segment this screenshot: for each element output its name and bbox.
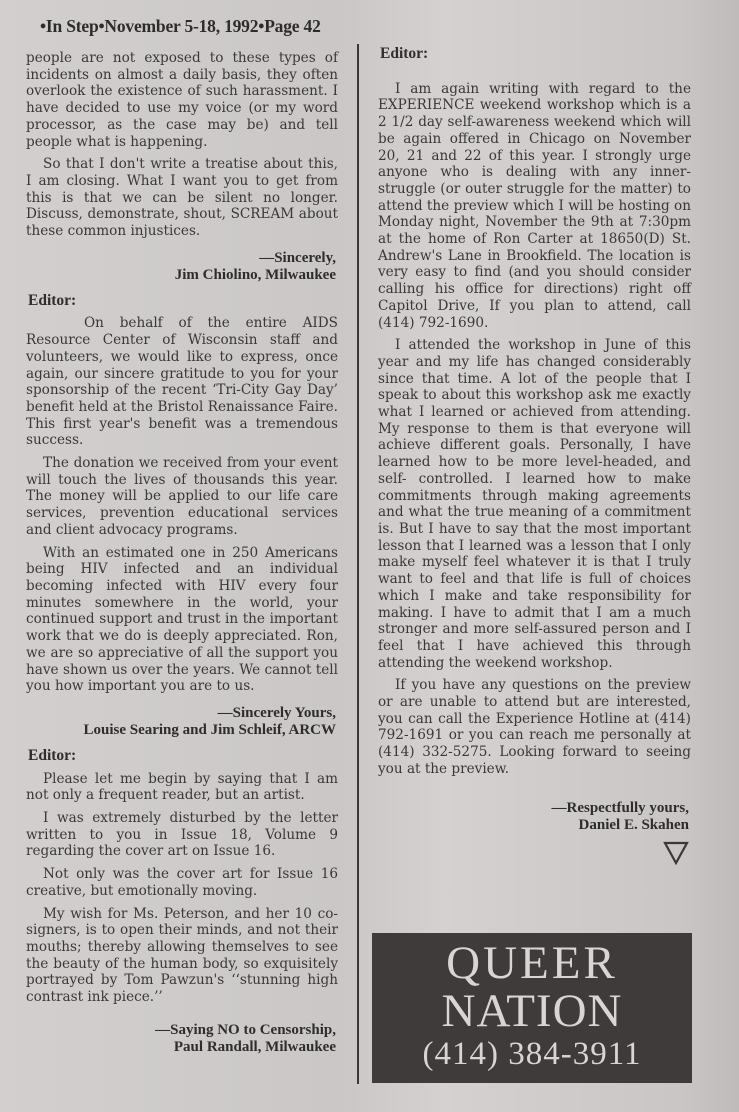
signer: Jim Chiolino, Milwaukee (26, 267, 336, 285)
ad-line-nation: NATION (372, 987, 692, 1035)
ad-phone: (414) 384-3911 (372, 1035, 692, 1073)
letter-skahen: Editor: I am again writing with regard t… (378, 46, 691, 869)
paragraph: So that I don't write a treatise about t… (26, 156, 338, 240)
paragraph: I am again writing with regard to the EX… (378, 81, 691, 332)
paragraph: Not only was the cover art for Issue 16 … (26, 866, 338, 899)
paragraph: My wish for Ms. Peterson, and her 10 co-… (26, 906, 338, 1006)
signature: —Sincerely Yours, Louise Searing and Jim… (26, 705, 336, 740)
queer-nation-ad: QUEER NATION (414) 384-3911 (372, 933, 692, 1083)
paragraph: people are not exposed to these types of… (26, 50, 338, 150)
paragraph: If you have any questions on the preview… (378, 677, 691, 777)
masthead: •In Step•November 5-18, 1992•Page 42 (40, 16, 340, 37)
right-column: Editor: I am again writing with regard t… (378, 46, 691, 869)
signer: Daniel E. Skahen (378, 817, 689, 835)
paragraph: With an estimated one in 250 Americans b… (26, 545, 338, 695)
salutation: Editor: (28, 293, 338, 310)
triangle-icon (378, 841, 689, 870)
salutation: Editor: (28, 748, 338, 765)
closing: —Sincerely, (26, 250, 336, 268)
letter-chiolino: people are not exposed to these types of… (26, 50, 338, 285)
letter-randall: Editor: Please let me begin by saying th… (26, 748, 338, 1057)
paragraph: On behalf of the entire AIDS Resource Ce… (26, 315, 338, 449)
signer: Louise Searing and Jim Schleif, ARCW (26, 722, 336, 740)
letter-arcw: Editor: On behalf of the entire AIDS Res… (26, 293, 338, 740)
paragraph: Please let me begin by saying that I am … (26, 771, 338, 804)
paragraph: I attended the workshop in June of this … (378, 337, 691, 671)
signature: —Saying NO to Censorship, Paul Randall, … (26, 1022, 336, 1057)
column-divider (357, 44, 359, 1084)
paragraph: The donation we received from your event… (26, 455, 338, 539)
paragraph: I was extremely disturbed by the letter … (26, 810, 338, 860)
closing: —Respectfully yours, (378, 800, 689, 818)
ad-line-queer: QUEER (372, 939, 692, 987)
salutation: Editor: (380, 46, 691, 63)
signer: Paul Randall, Milwaukee (26, 1039, 336, 1057)
left-column: people are not exposed to these types of… (26, 50, 338, 1063)
signature: —Respectfully yours, Daniel E. Skahen (378, 800, 689, 835)
signature: —Sincerely, Jim Chiolino, Milwaukee (26, 250, 336, 285)
closing: —Sincerely Yours, (26, 705, 336, 723)
closing: —Saying NO to Censorship, (26, 1022, 336, 1040)
